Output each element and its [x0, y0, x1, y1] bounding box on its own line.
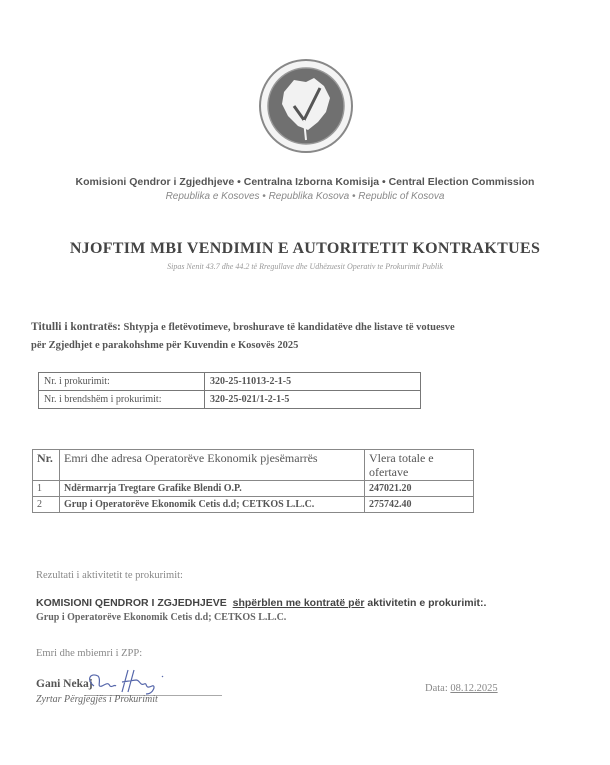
award-suffix: aktivitetin e prokurimit:.: [367, 597, 486, 609]
internal-procurement-number-value: 320-25-021/1-2-1-5: [205, 391, 421, 409]
table-header-row: Nr. Emri dhe adresa Operatorëve Ekonomik…: [33, 450, 474, 481]
bid-operator: Grup i Operatorëve Ekonomik Cetis d.d; C…: [60, 497, 365, 513]
procurement-number-label: Nr. i prokurimit:: [39, 373, 205, 391]
signer-role: Zyrtar Përgjegjës i Prokurimit: [36, 694, 158, 705]
result-label: Rezultati i aktivitetit te prokurimit:: [36, 570, 183, 581]
bid-nr: 2: [33, 497, 60, 513]
date-value: 08.12.2025: [450, 683, 497, 694]
handwritten-signature-icon: [82, 666, 192, 696]
column-header-operator: Emri dhe adresa Operatorëve Ekonomik pje…: [60, 450, 365, 481]
document-subtitle: Sipas Nenit 43.7 dhe 44.2 të Rregullave …: [0, 262, 610, 271]
award-statement: KOMISIONI QENDROR I ZGJEDHJEVE shpërblen…: [36, 597, 486, 609]
winning-bidder: Grup i Operatorëve Ekonomik Cetis d.d; C…: [36, 612, 286, 623]
table-row: Nr. i prokurimit: 320-25-11013-2-1-5: [39, 373, 421, 391]
internal-procurement-number-label: Nr. i brendshëm i prokurimit:: [39, 391, 205, 409]
date-label: Data:: [425, 683, 448, 694]
document-title: NJOFTIM MBI VENDIMIN E AUTORITETIT KONTR…: [0, 240, 610, 258]
bid-value: 275742.40: [365, 497, 474, 513]
procurement-number-value: 320-25-11013-2-1-5: [205, 373, 421, 391]
contract-title-label: Titulli i kontratës:: [31, 321, 121, 333]
contracting-authority: KOMISIONI QENDROR I ZGJEDHJEVE: [36, 597, 227, 609]
bid-nr: 1: [33, 481, 60, 497]
institution-name: Komisioni Qendror i Zgjedhjeve • Central…: [0, 176, 610, 188]
zpp-label: Emri dhe mbiemri i ZPP:: [36, 648, 142, 659]
kosovo-cec-seal-icon: [258, 58, 354, 154]
contract-title: Titulli i kontratës: Shtypja e fletëvoti…: [31, 318, 571, 355]
procurement-numbers-table: Nr. i prokurimit: 320-25-11013-2-1-5 Nr.…: [38, 372, 421, 409]
column-header-nr: Nr.: [33, 450, 60, 481]
document-date: Data: 08.12.2025: [425, 683, 498, 694]
bid-operator: Ndërmarrja Tregtare Grafike Blendi O.P.: [60, 481, 365, 497]
column-header-total-value: Vlera totale e ofertave: [365, 450, 474, 481]
table-row: 2 Grup i Operatorëve Ekonomik Cetis d.d;…: [33, 497, 474, 513]
table-row: Nr. i brendshëm i prokurimit: 320-25-021…: [39, 391, 421, 409]
bids-table: Nr. Emri dhe adresa Operatorëve Ekonomik…: [32, 449, 474, 513]
award-phrase: shpërblen me kontratë për: [233, 597, 365, 609]
table-row: 1 Ndërmarrja Tregtare Grafike Blendi O.P…: [33, 481, 474, 497]
contract-title-value-line1: Shtypja e fletëvotimeve, broshurave të k…: [124, 322, 455, 333]
bid-value: 247021.20: [365, 481, 474, 497]
contract-title-value-line2: për Zgjedhjet e parakohshme për Kuvendin…: [31, 340, 298, 351]
republic-name: Republika e Kosoves • Republika Kosova •…: [0, 191, 610, 202]
